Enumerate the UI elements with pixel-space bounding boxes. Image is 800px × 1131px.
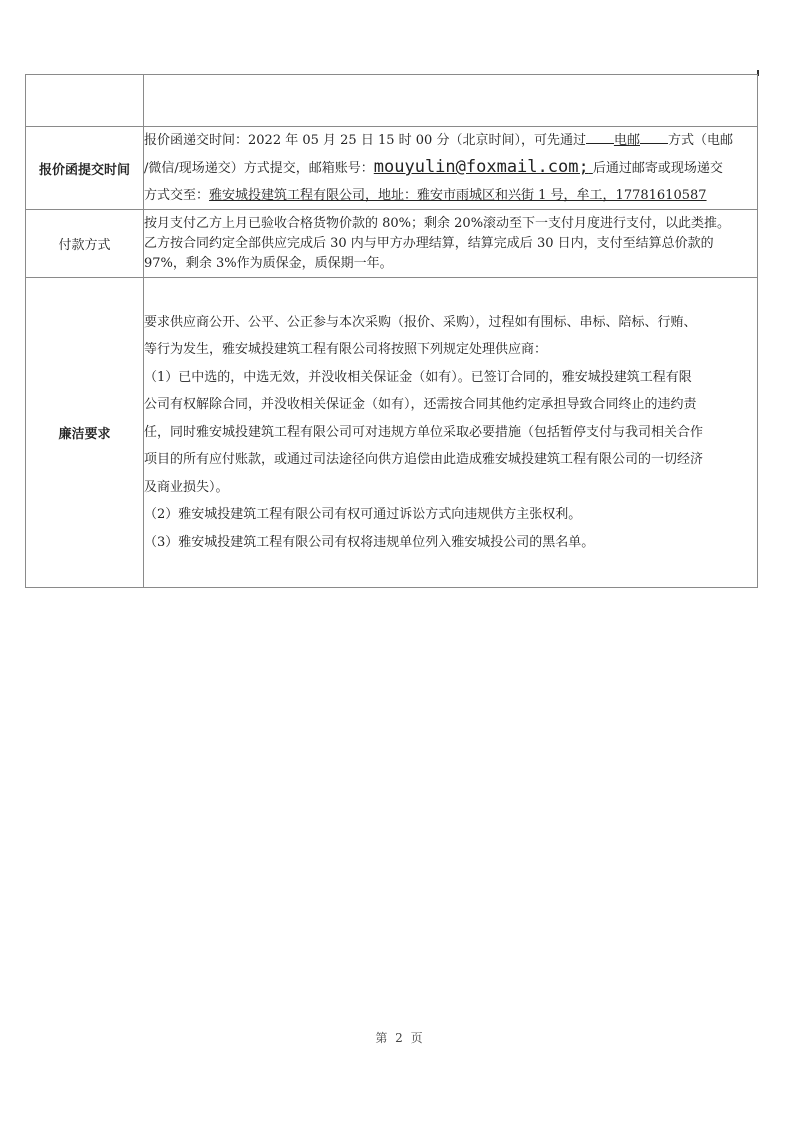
submission-deadline-text: 报价函递交时间：2022 年 05 月 25 日 15 时 00 分（北京时间）… [144,133,586,148]
empty-content-cell [144,75,758,127]
submission-time-label: 报价函提交时间 [26,127,144,210]
document-page: 报价函提交时间 报价函递交时间：2022 年 05 月 25 日 15 时 00… [0,0,800,1131]
integrity-line: 等行为发生，雅安城投建筑工程有限公司将按照下列规定处理供应商： [144,336,757,364]
submission-time-content: 报价函递交时间：2022 年 05 月 25 日 15 时 00 分（北京时间）… [144,127,758,210]
submission-address-prefix: 方式交至： [144,188,209,203]
payment-method-content: 按月支付乙方上月已验收合格货物价款的 80%；剩余 20%滚动至下一支付月度进行… [144,210,758,278]
procurement-terms-table: 报价函提交时间 报价函递交时间：2022 年 05 月 25 日 15 时 00… [25,74,758,588]
integrity-line: 任，同时雅安城投建筑工程有限公司可对违规方单位采取必要措施（包括暂停支付与我司相… [144,419,757,447]
submission-method-blank: 电邮 [586,127,668,154]
submission-line-3: 方式交至：雅安城投建筑工程有限公司，地址：雅安市雨城区和兴街 1 号，牟工，17… [144,182,757,209]
submission-line-2: /微信/现场递交）方式提交，邮箱账号：mouyulin@foxmail.com;… [144,154,757,182]
integrity-line: 要求供应商公开、公平、公正参与本次采购（报价、采购），过程如有围标、串标、陪标、… [144,309,757,337]
integrity-line: （1）已中选的，中选无效，并没收相关保证金（如有）。已签订合同的，雅安城投建筑工… [144,364,757,392]
integrity-line: （2）雅安城投建筑工程有限公司有权可通过诉讼方式向违规供方主张权利。 [144,501,757,529]
table-row-submission-time: 报价函提交时间 报价函递交时间：2022 年 05 月 25 日 15 时 00… [26,127,758,210]
table-row-payment-method: 付款方式 按月支付乙方上月已验收合格货物价款的 80%；剩余 20%滚动至下一支… [26,210,758,278]
integrity-content: 要求供应商公开、公平、公正参与本次采购（报价、采购），过程如有围标、串标、陪标、… [144,278,758,588]
payment-method-label: 付款方式 [26,210,144,278]
integrity-line: （3）雅安城投建筑工程有限公司有权将违规单位列入雅安城投公司的黑名单。 [144,529,757,557]
integrity-line: 公司有权解除合同，并没收相关保证金（如有），还需按合同其他约定承担导致合同终止的… [144,391,757,419]
submission-email-link[interactable]: mouyulin@foxmail.com; [374,157,589,177]
submission-method-value: 电邮 [614,133,640,148]
integrity-label: 廉洁要求 [26,278,144,588]
table-row-empty [26,75,758,127]
page-number: 第 2 页 [0,1029,800,1046]
integrity-line: 项目的所有应付账款，或通过司法途径向供方追偿由此造成雅安城投建筑工程有限公司的一… [144,446,757,474]
payment-line: 按月支付乙方上月已验收合格货物价款的 80%；剩余 20%滚动至下一支付月度进行… [144,214,757,234]
empty-label-cell [26,75,144,127]
submission-method-suffix: 方式（电邮 [668,133,733,148]
submission-address-value: 雅安城投建筑工程有限公司，地址：雅安市雨城区和兴街 1 号，牟工，1778161… [209,188,707,203]
table-row-integrity-requirements: 廉洁要求 要求供应商公开、公平、公正参与本次采购（报价、采购），过程如有围标、串… [26,278,758,588]
integrity-line: 及商业损失）。 [144,474,757,502]
submission-email-prefix: /微信/现场递交）方式提交，邮箱账号： [144,161,374,176]
submission-email-suffix: 后通过邮寄或现场递交 [593,161,723,176]
payment-line: 乙方按合同约定全部供应完成后 30 内与甲方办理结算，结算完成后 30 日内，支… [144,234,757,254]
submission-line-1: 报价函递交时间：2022 年 05 月 25 日 15 时 00 分（北京时间）… [144,127,757,154]
payment-line: 97%，剩余 3%作为质保金，质保期一年。 [144,254,757,274]
